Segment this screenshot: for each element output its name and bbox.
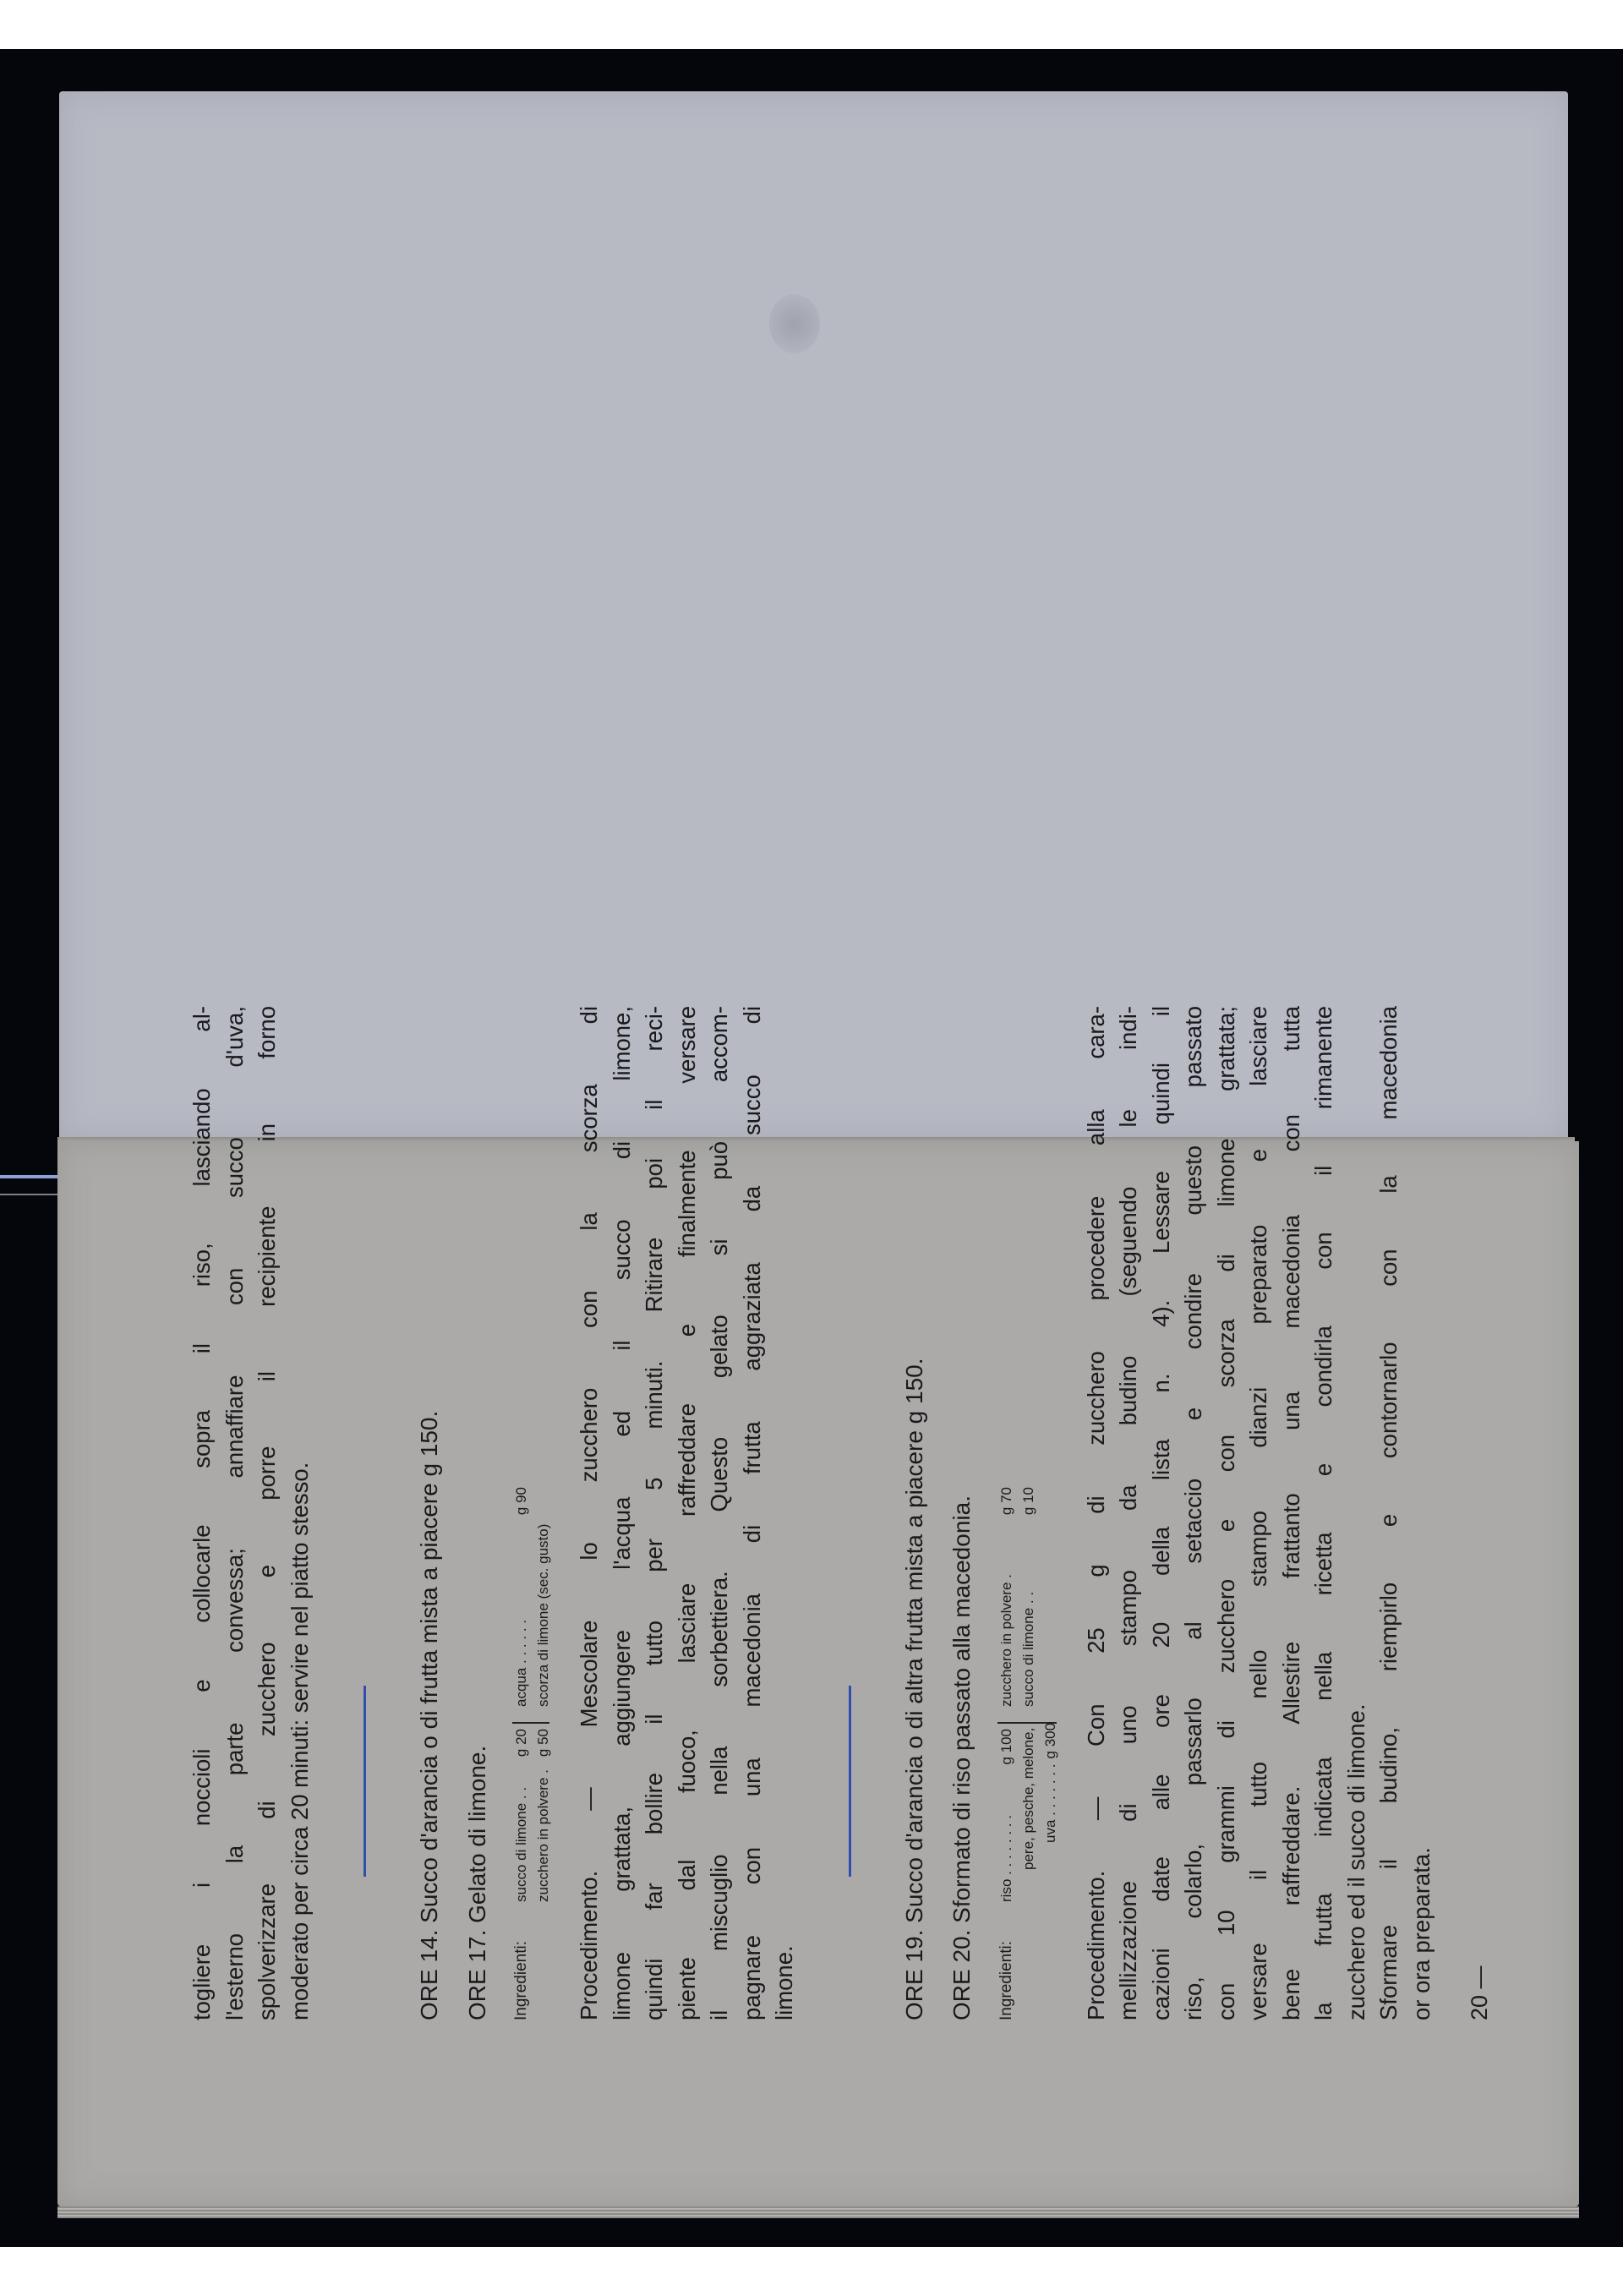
ingredients-table: Ingredienti: riso . . . . . . . . g 100 … [996,1006,1062,2020]
ingredient-row: riso . . . . . . . . g 100 [996,1729,1018,1902]
recipe-title: ORE 17. Gelato di limone. [462,1006,495,2020]
ingredient-name: uva . . . . . . . [1040,1763,1062,1843]
text-line: zucchero ed il succo di limone. [1341,1006,1374,2020]
menu-heading: ORE 19. Succo d'arancia o di altra frutt… [899,1006,932,2020]
ingredients-left-column: succo di limone . . g 20 zucchero in pol… [511,1729,555,1902]
ingredients-left-column: riso . . . . . . . . g 100 pere, pesche,… [996,1729,1062,1902]
text-line: pagnare con una macedonia di frutta aggr… [736,1006,769,2020]
ingredient-name: succo di limone . . [1018,1592,1040,1707]
intro-paragraph: togliere i noccioli e collocarle sopra i… [186,1006,316,2020]
rotated-page-content: togliere i noccioli e collocarle sopra i… [186,1006,1437,2020]
ingredient-name: zucchero in polvere . [996,1574,1018,1707]
ingredient-row: acqua . . . . . . g 90 [511,1487,533,1707]
section-divider [363,1686,366,1877]
text-line: limone grattata, aggiungere l'acqua ed i… [606,1006,639,2020]
text-line: piente dal fuoco, lasciare raffreddare e… [671,1006,704,2020]
text-line: or ora preparata. [1406,1006,1439,2020]
ingredient-row: scorza di limone (sec. gusto) [533,1487,555,1707]
ingredient-row: zucchero in polvere . g 50 [533,1729,555,1902]
text-line: la frutta indicata nella ricetta e condi… [1308,1006,1341,2020]
text-line: mellizzazione di uno stampo da budino (s… [1112,1006,1145,2020]
ingredient-qty: g 300 [1040,1723,1062,1759]
ingredients-separator [512,1722,549,1724]
text-line: l'esterno la parte convessa; annaffiare … [219,1006,252,2020]
ingredient-qty: g 20 [511,1729,533,1757]
text-line: togliere i noccioli e collocarle sopra i… [186,1006,219,2020]
ingredient-qty: g 100 [996,1729,1018,1765]
menu-heading: ORE 14. Succo d'arancia o di frutta mist… [413,1006,446,2020]
text-line: versare il tutto nello stampo dianzi pre… [1243,1006,1276,2020]
ingredient-qty: g 90 [511,1487,533,1515]
procedure-paragraph: Procedimento. — Mescolare lo zucchero co… [573,1006,801,2020]
text-line: Sformare il budino, riempirlo e contorna… [1373,1006,1406,2020]
text-line: Procedimento. — Con 25 g di zucchero pro… [1080,1006,1113,2020]
ingredients-label: Ingredienti: [511,1902,533,2020]
ingredient-row: pere, pesche, melone, [1018,1729,1040,1902]
text-line: spolverizzare di zucchero e porre il rec… [251,1006,284,2020]
edge-stripe-secondary [0,1194,57,1195]
ingredients-separator [997,1722,1057,1724]
paper-stain [769,294,820,353]
text-line: il miscuglio nella sorbettiera. Questo g… [703,1006,736,2020]
text-line: moderato per circa 20 minuti: servire ne… [284,1006,317,2020]
ingredient-name: zucchero in polvere . [533,1769,555,1902]
text-line: riso, colarlo, passarlo al setaccio e co… [1178,1006,1210,2020]
text-line: limone. [768,1006,801,2020]
text-line: bene raffreddare. Allestire frattanto un… [1276,1006,1309,2020]
recipe-section: ORE 14. Succo d'arancia o di frutta mist… [413,1006,801,2020]
ingredient-qty: g 70 [996,1487,1018,1515]
ingredient-name: acqua . . . . . . [511,1620,533,1707]
ingredients-table: Ingredienti: succo di limone . . g 20 zu… [511,1006,555,2020]
ingredients-right-column: acqua . . . . . . g 90 scorza di limone … [511,1487,555,1717]
ingredients-label: Ingredienti: [996,1902,1018,2020]
procedure-paragraph: Procedimento. — Con 25 g di zucchero pro… [1080,1006,1439,2020]
text-line: quindi far bollire il tutto per 5 minuti… [638,1006,671,2020]
text-line: cazioni date alle ore 20 della lista n. … [1145,1006,1178,2020]
ingredient-row: succo di limone . . g 10 [1018,1487,1040,1707]
ingredient-name: riso . . . . . . . . [996,1815,1018,1902]
ingredients-right-column: zucchero in polvere . g 70 succo di limo… [996,1487,1040,1717]
ingredient-row: uva . . . . . . . g 300 [1040,1729,1062,1902]
text-line: Procedimento. — Mescolare lo zucchero co… [573,1006,606,2020]
page-edge-stack [57,2206,1579,2218]
ingredient-qty: g 10 [1018,1487,1040,1515]
edge-stripe [0,1175,57,1178]
recipe-section: ORE 19. Succo d'arancia o di altra frutt… [899,1006,1439,2020]
ingredient-name: pere, pesche, melone, [1018,1728,1040,1870]
text-line: con 10 grammi di zucchero e con scorza d… [1210,1006,1243,2020]
ingredient-row: succo di limone . . g 20 [511,1729,533,1902]
page-number: 20 — [1463,1006,1496,2020]
section-divider [849,1686,851,1877]
blank-facing-page [59,91,1568,1140]
recipe-title: ORE 20. Sformato di riso passato alla ma… [946,1006,979,2020]
ingredient-qty: g 50 [533,1729,555,1757]
ingredient-name: succo di limone . . [511,1787,533,1902]
ingredient-row: zucchero in polvere . g 70 [996,1487,1018,1707]
ingredient-name: scorza di limone (sec. gusto) [533,1524,555,1707]
